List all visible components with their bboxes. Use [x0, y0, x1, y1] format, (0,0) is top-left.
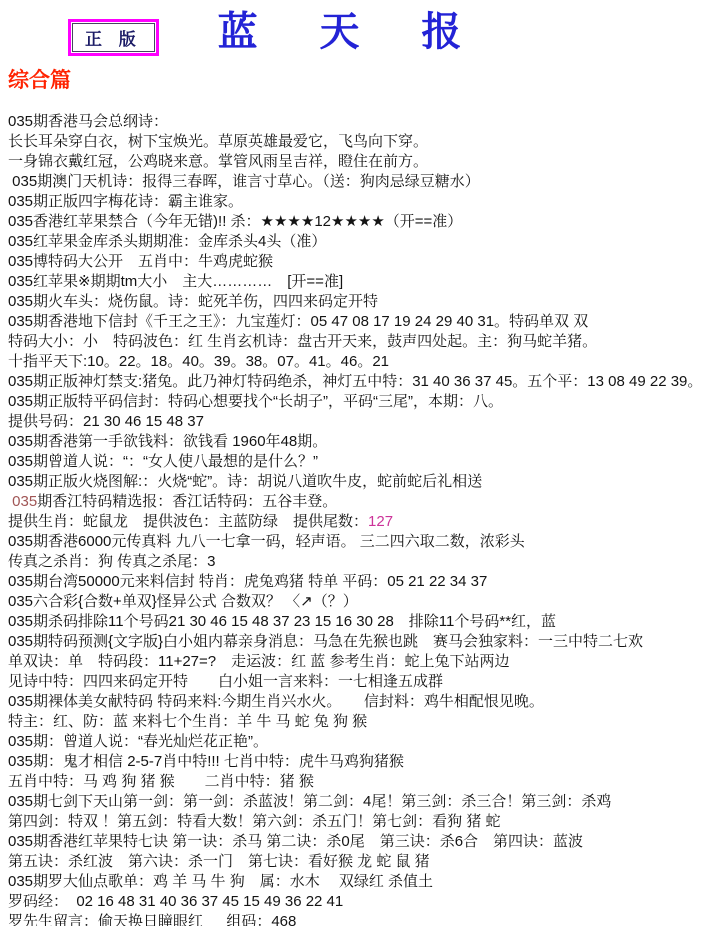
text-line: 特主：红、防：蓝 来料七个生肖：羊 牛 马 蛇 兔 狗 猴 — [8, 712, 715, 732]
text-segment: 传真之杀肖：狗 传真之杀尾：3 — [8, 553, 216, 570]
text-segment: 期香江特码精选报：香江话特码：五谷丰登。 — [37, 493, 337, 510]
blue-sky-report-page: 正 版 蓝 天 报 综合篇 035期香港马会总纲诗：长长耳朵穿白衣，树下宝焕光。… — [0, 0, 715, 926]
text-segment: 127 — [368, 513, 393, 530]
text-line: 035红苹果※期期tm大小 主大………… [开==准] — [8, 272, 715, 292]
text-segment: 035期：曾道人说：“春光灿烂花正艳”。 — [8, 733, 268, 750]
text-segment: 十指平天下:10。22。18。40。39。38。07。41。46。21 — [8, 353, 389, 370]
text-line: 035期火车头：烧伤鼠。诗：蛇死羊伤，四四来码定开特 — [8, 292, 715, 312]
text-line: 035期罗大仙点歌单：鸡 羊 马 牛 狗 属：水木 双绿红 杀值土 — [8, 872, 715, 892]
text-segment: 035期正版火烧图解:：火烧“蛇”。诗：胡说八道吹牛皮，蛇前蛇后礼相送 — [8, 473, 482, 490]
text-line: 一身锦衣戴红冠，公鸡晓来意。掌管风雨呈吉祥，瞪住在前方。 — [8, 152, 715, 172]
text-line: 035期：曾道人说：“春光灿烂花正艳”。 — [8, 732, 715, 752]
text-line: 035期香港地下信封《千王之王》：九宝莲灯：05 47 08 17 19 24 … — [8, 312, 715, 332]
text-line: 五肖中特：马 鸡 狗 猪 猴 二肖中特：猪 猴 — [8, 772, 715, 792]
text-segment: 035期正版四字梅花诗：霸主谁家。 — [8, 193, 243, 210]
text-line: 长长耳朵穿白衣，树下宝焕光。草原英雄最爱它，飞鸟向下穿。 — [8, 132, 715, 152]
text-segment: 035香港红苹果禁合（今年无错)!! 杀：★★★★12★★★★（开==准） — [8, 213, 462, 230]
text-segment: 长长耳朵穿白衣，树下宝焕光。草原英雄最爱它，飞鸟向下穿。 — [8, 133, 428, 150]
text-segment: 见诗中特：四四来码定开特 白小姐一言来料：一七相逢五成群 — [8, 673, 443, 690]
text-line: 十指平天下:10。22。18。40。39。38。07。41。46。21 — [8, 352, 715, 372]
text-segment: 五肖中特：马 鸡 狗 猪 猴 二肖中特：猪 猴 — [8, 773, 314, 790]
text-line: 第五诀：杀红波 第六诀：杀一门 第七诀：看好猴 龙 蛇 鼠 猪 — [8, 852, 715, 872]
text-line: 特码大小：小 特码波色：红 生肖玄机诗：盘古开天来，鼓声四处起。主：狗马蛇羊猪。 — [8, 332, 715, 352]
text-segment: 一身锦衣戴红冠，公鸡晓来意。掌管风雨呈吉祥，瞪住在前方。 — [8, 153, 428, 170]
text-line: 罗码经： 02 16 48 31 40 36 37 45 15 49 36 22… — [8, 892, 715, 912]
text-line: 见诗中特：四四来码定开特 白小姐一言来料：一七相逢五成群 — [8, 672, 715, 692]
content-lines: 035期香港马会总纲诗：长长耳朵穿白衣，树下宝焕光。草原英雄最爱它，飞鸟向下穿。… — [8, 112, 715, 926]
text-segment: 035期火车头：烧伤鼠。诗：蛇死羊伤，四四来码定开特 — [8, 293, 378, 310]
text-segment: 罗码经： 02 16 48 31 40 36 37 45 15 49 36 22… — [8, 893, 343, 910]
text-segment: 提供生肖：蛇鼠龙 提供波色：主蓝防绿 提供尾数： — [8, 513, 368, 530]
text-line: 035期香港马会总纲诗： — [8, 112, 715, 132]
text-line: 035红苹果金库杀头期期准：金库杀头4头（准） — [8, 232, 715, 252]
text-line: 035期正版火烧图解:：火烧“蛇”。诗：胡说八道吹牛皮，蛇前蛇后礼相送 — [8, 472, 715, 492]
text-segment: 035期特码预测{文字版}白小姐内幕亲身消息：马急在先猴也跳 赛马会独家料：一三… — [8, 633, 643, 650]
text-line: 035期特码预测{文字版}白小姐内幕亲身消息：马急在先猴也跳 赛马会独家料：一三… — [8, 632, 715, 652]
text-line: 035期香江特码精选报：香江话特码：五谷丰登。 — [8, 492, 715, 512]
text-segment: 提供号码：21 30 46 15 48 37 — [8, 413, 204, 430]
text-segment: 035期罗大仙点歌单：鸡 羊 马 牛 狗 属：水木 双绿红 杀值土 — [8, 873, 433, 890]
text-line: 035期：鬼才相信 2-5-7肖中特!!! 七肖中特：虎牛马鸡狗猪猴 — [8, 752, 715, 772]
text-segment: 035期正版神灯禁支:猪兔。此乃神灯特码绝杀，神灯五中特：31 40 36 37… — [8, 373, 702, 390]
section-title: 综合篇 — [8, 64, 71, 94]
text-segment: 035红苹果金库杀头期期准：金库杀头4头（准） — [8, 233, 326, 250]
text-line: 035博特码大公开 五肖中：牛鸡虎蛇猴 — [8, 252, 715, 272]
text-line: 单双诀：单 特码段：11+27=? 走运波：红 蓝 参考生肖：蛇上兔下站两边 — [8, 652, 715, 672]
text-segment: 035期曾道人说：“：“女人使八最想的是什么？” — [8, 453, 318, 470]
text-segment: 035期杀码排除11个号码21 30 46 15 48 37 23 15 16 … — [8, 613, 556, 630]
text-line: 传真之杀肖：狗 传真之杀尾：3 — [8, 552, 715, 572]
text-line: 035期裸体美女献特码 特码来料:今期生肖兴水火。 信封料：鸡牛相配恨见晚。 — [8, 692, 715, 712]
text-line: 第四剑：特双 ！第五剑：特看大数！第六剑：杀五门！第七剑：看狗 猪 蛇 — [8, 812, 715, 832]
text-line: 035期正版神灯禁支:猪兔。此乃神灯特码绝杀，神灯五中特：31 40 36 37… — [8, 372, 715, 392]
text-line: 罗先生留言：偷天换日瞳眼红 组码：468 — [8, 912, 715, 926]
text-line: 035六合彩{合数+单双}怪异公式 合数双？ 〈↗（？） — [8, 592, 715, 612]
page-title: 蓝 天 报 — [0, 0, 715, 57]
text-line: 035期正版特平码信封：特码心想要找个“长胡子”，平码“三尾”，本期：八。 — [8, 392, 715, 412]
text-segment: 特码大小：小 特码波色：红 生肖玄机诗：盘古开天来，鼓声四处起。主：狗马蛇羊猪。 — [8, 333, 597, 350]
text-segment: 罗先生留言：偷天换日瞳眼红 组码：468 — [8, 913, 296, 926]
text-segment: 035期正版特平码信封：特码心想要找个“长胡子”，平码“三尾”，本期：八。 — [8, 393, 503, 410]
text-segment: 第四剑：特双 ！第五剑：特看大数！第六剑：杀五门！第七剑：看狗 猪 蛇 — [8, 813, 501, 830]
text-segment: 035红苹果※期期tm大小 主大………… [开==准] — [8, 273, 343, 290]
text-segment: 035期香港地下信封《千王之王》：九宝莲灯：05 47 08 17 19 24 … — [8, 313, 588, 330]
text-segment: 035 — [12, 493, 37, 510]
report-header: 正 版 蓝 天 报 — [0, 0, 715, 62]
text-segment: 单双诀：单 特码段：11+27=? 走运波：红 蓝 参考生肖：蛇上兔下站两边 — [8, 653, 509, 670]
text-line: 提供号码：21 30 46 15 48 37 — [8, 412, 715, 432]
text-segment: 035期七剑下天山第一剑：第一剑：杀蓝波！第二剑：4尾！第三剑：杀三合！第三剑：… — [8, 793, 611, 810]
text-line: 035期台湾50000元来料信封 特肖：虎兔鸡猪 特单 平码：05 21 22 … — [8, 572, 715, 592]
text-segment: 特主：红、防：蓝 来料七个生肖：羊 牛 马 蛇 兔 狗 猴 — [8, 713, 367, 730]
text-line: 035期香港红苹果特七诀 第一诀：杀马 第二诀：杀0尾 第三诀：杀6合 第四诀：… — [8, 832, 715, 852]
text-line: 提供生肖：蛇鼠龙 提供波色：主蓝防绿 提供尾数：127 — [8, 512, 715, 532]
text-segment: 035期香港红苹果特七诀 第一诀：杀马 第二诀：杀0尾 第三诀：杀6合 第四诀：… — [8, 833, 583, 850]
text-line: 035期正版四字梅花诗：霸主谁家。 — [8, 192, 715, 212]
text-segment: 035博特码大公开 五肖中：牛鸡虎蛇猴 — [8, 253, 273, 270]
text-line: 035期曾道人说：“：“女人使八最想的是什么？” — [8, 452, 715, 472]
text-segment: 第五诀：杀红波 第六诀：杀一门 第七诀：看好猴 龙 蛇 鼠 猪 — [8, 853, 430, 870]
text-line: 035期香港6000元传真料 九八一七拿一码，轻声语。 三二四六取二数，浓彩头 — [8, 532, 715, 552]
text-segment: 035期裸体美女献特码 特码来料:今期生肖兴水火。 信封料：鸡牛相配恨见晚。 — [8, 693, 544, 710]
text-segment: 035期：鬼才相信 2-5-7肖中特!!! 七肖中特：虎牛马鸡狗猪猴 — [8, 753, 404, 770]
text-line: 035香港红苹果禁合（今年无错)!! 杀：★★★★12★★★★（开==准） — [8, 212, 715, 232]
text-segment: 035期香港马会总纲诗： — [8, 113, 168, 130]
text-segment: 035期香港6000元传真料 九八一七拿一码，轻声语。 三二四六取二数，浓彩头 — [8, 533, 525, 550]
text-segment: 035六合彩{合数+单双}怪异公式 合数双？ 〈↗（？） — [8, 593, 358, 610]
text-segment: 035期台湾50000元来料信封 特肖：虎兔鸡猪 特单 平码：05 21 22 … — [8, 573, 487, 590]
text-segment: 035期香港第一手欲钱料：欲钱看 1960年48期。 — [8, 433, 327, 450]
text-line: 035期杀码排除11个号码21 30 46 15 48 37 23 15 16 … — [8, 612, 715, 632]
text-line: 035期香港第一手欲钱料：欲钱看 1960年48期。 — [8, 432, 715, 452]
text-line: 035期七剑下天山第一剑：第一剑：杀蓝波！第二剑：4尾！第三剑：杀三合！第三剑：… — [8, 792, 715, 812]
text-line: 035期澳门天机诗：报得三春晖，谁言寸草心。（送：狗肉忌绿豆糖水） — [8, 172, 715, 192]
text-segment: 035期澳门天机诗：报得三春晖，谁言寸草心。（送：狗肉忌绿豆糖水） — [8, 173, 480, 190]
